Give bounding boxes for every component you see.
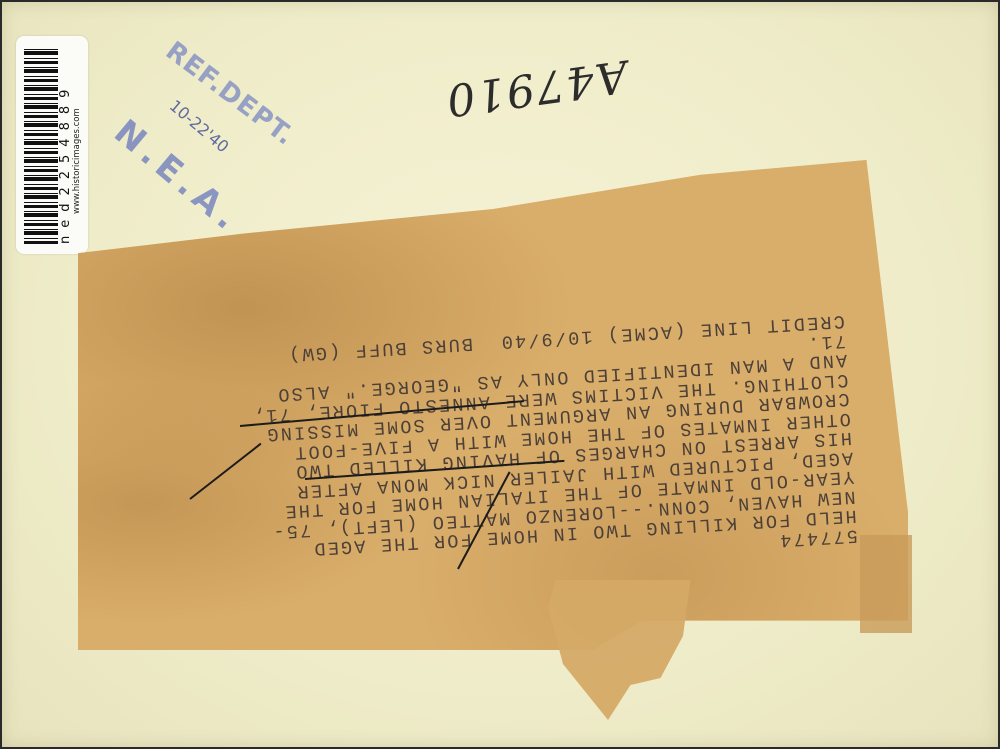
barcode-url: www.historicimages.com (72, 54, 82, 214)
tape-stain (548, 580, 698, 720)
tape-strip (860, 535, 912, 633)
caption-text: 577474HELD FOR KILLING TWO IN HOME FOR T… (178, 185, 859, 585)
barcode-icon (24, 46, 58, 244)
barcode-digits: ned2254889 (58, 46, 73, 244)
typed-caption: 577474HELD FOR KILLING TWO IN HOME FOR T… (188, 205, 848, 565)
stamp-ref-dept: REF.DEPT. (160, 36, 300, 152)
barcode-label: ned2254889 www.historicimages.com (16, 36, 88, 254)
handwritten-code: A47910 (445, 50, 630, 126)
